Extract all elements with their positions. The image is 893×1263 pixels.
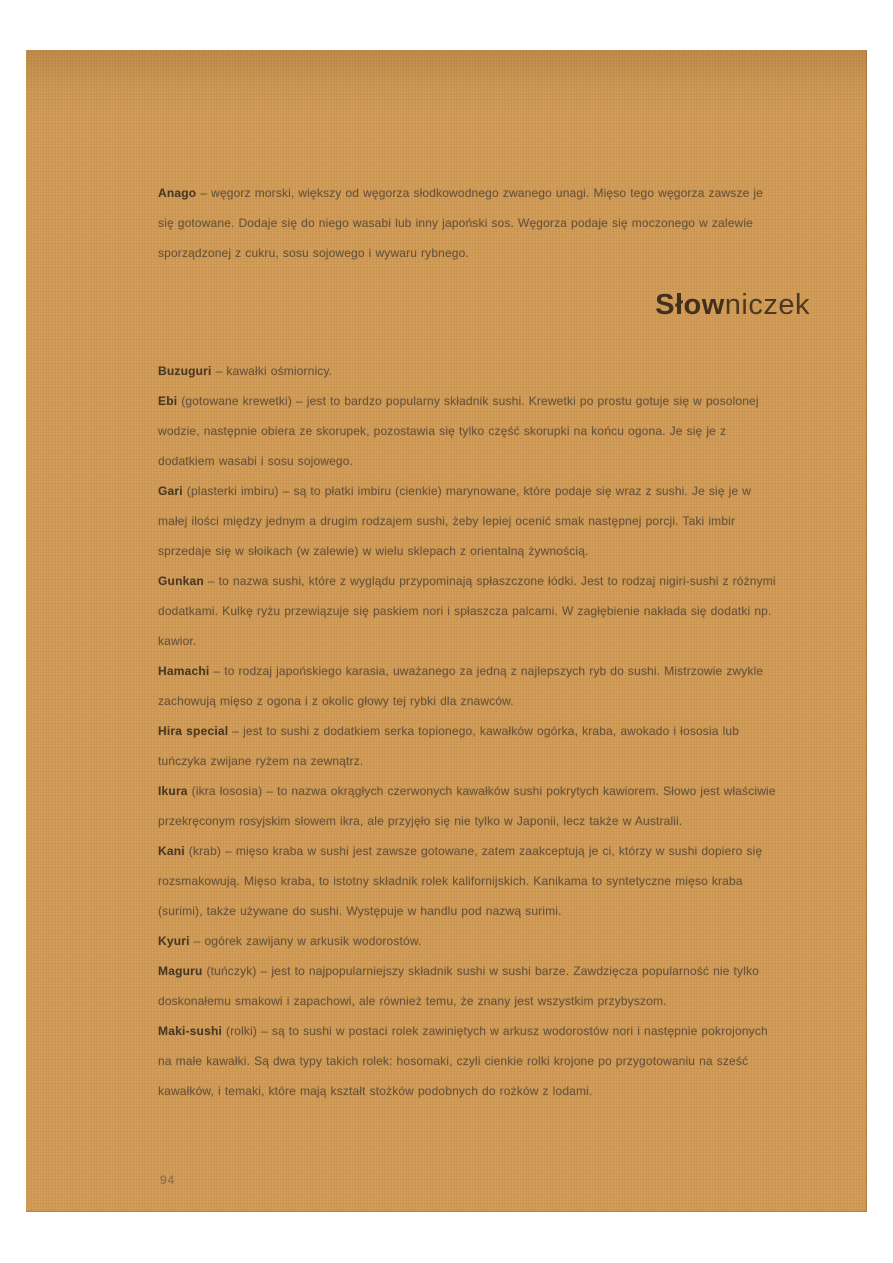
- entry-term: Maguru: [158, 964, 203, 978]
- entry-term: Kani: [158, 844, 185, 858]
- entry-paren: (ikra łososia): [192, 784, 263, 798]
- glossary-entry: Maki-sushi (rolki) – są to sushi w posta…: [158, 1016, 778, 1106]
- entry-paren: (gotowane krewetki): [181, 394, 292, 408]
- entry-term: Ebi: [158, 394, 177, 408]
- entry-paren: (tuńczyk): [207, 964, 257, 978]
- entry-definition: – węgorz morski, większy od węgorza słod…: [158, 186, 763, 260]
- glossary-entry: Anago – węgorz morski, większy od węgorz…: [158, 178, 778, 268]
- page-title-light-part: niczek: [725, 289, 810, 321]
- glossary-entry: Buzuguri – kawałki ośmiornicy.: [158, 356, 778, 386]
- page-title: Słowniczek: [26, 288, 810, 322]
- glossary-entry: Hamachi – to rodzaj japońskiego karasia,…: [158, 656, 778, 716]
- entry-term: Maki-sushi: [158, 1024, 222, 1038]
- glossary-entry: Ebi (gotowane krewetki) – jest to bardzo…: [158, 386, 778, 476]
- entry-term: Ikura: [158, 784, 188, 798]
- entry-definition: – ogórek zawijany w arkusik wodorostów.: [194, 934, 422, 948]
- entry-definition: – mięso kraba w sushi jest zawsze gotowa…: [158, 844, 762, 918]
- entry-term: Gari: [158, 484, 183, 498]
- glossary-entry: Kyuri – ogórek zawijany w arkusik wodoro…: [158, 926, 778, 956]
- entry-term: Anago: [158, 186, 196, 200]
- glossary-entry: Kani (krab) – mięso kraba w sushi jest z…: [158, 836, 778, 926]
- entry-term: Hamachi: [158, 664, 209, 678]
- glossary-entry: Ikura (ikra łososia) – to nazwa okrągłyc…: [158, 776, 778, 836]
- entry-paren: (krab): [189, 844, 221, 858]
- scanned-page: Anago – węgorz morski, większy od węgorz…: [26, 50, 867, 1212]
- intro-entry: Anago – węgorz morski, większy od węgorz…: [158, 178, 778, 268]
- glossary-entry: Gunkan – to nazwa sushi, które z wyglądu…: [158, 566, 778, 656]
- glossary-entry: Gari (plasterki imbiru) – są to płatki i…: [158, 476, 778, 566]
- page-number: 94: [160, 1172, 175, 1188]
- entry-definition: – to rodzaj japońskiego karasia, uważane…: [158, 664, 763, 708]
- entry-paren: (plasterki imbiru): [187, 484, 279, 498]
- scan-canvas: Anago – węgorz morski, większy od węgorz…: [0, 0, 893, 1263]
- entry-term: Buzuguri: [158, 364, 212, 378]
- entry-definition: – jest to sushi z dodatkiem serka topion…: [158, 724, 739, 768]
- entry-term: Gunkan: [158, 574, 204, 588]
- entry-definition: – kawałki ośmiornicy.: [216, 364, 333, 378]
- entry-paren: (rolki): [226, 1024, 257, 1038]
- entry-definition: – to nazwa sushi, które z wyglądu przypo…: [158, 574, 776, 648]
- glossary-list: Buzuguri – kawałki ośmiornicy. Ebi (goto…: [158, 356, 778, 1106]
- glossary-entry: Hira special – jest to sushi z dodatkiem…: [158, 716, 778, 776]
- entry-term: Kyuri: [158, 934, 190, 948]
- entry-term: Hira special: [158, 724, 228, 738]
- glossary-entry: Maguru (tuńczyk) – jest to najpopularnie…: [158, 956, 778, 1016]
- page-title-bold-part: Słow: [655, 289, 725, 321]
